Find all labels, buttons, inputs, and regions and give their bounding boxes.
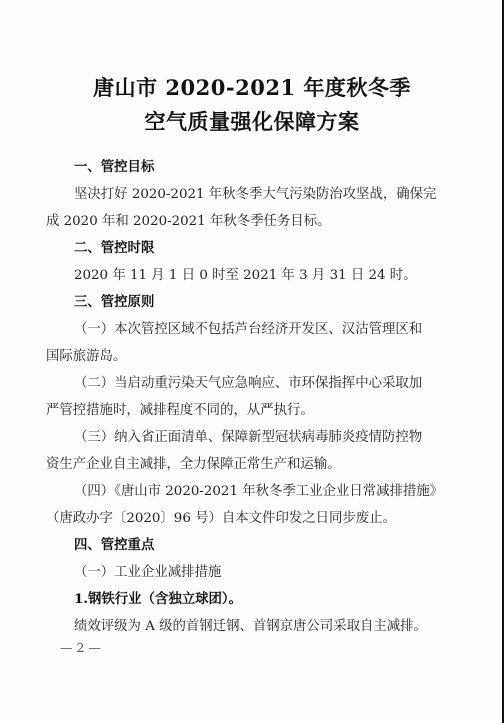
- document-title-line-2: 空气质量强化保障方案: [0, 106, 504, 136]
- paragraph-line: （一）工业企业减排措施: [74, 561, 221, 580]
- paragraph-line: 成 2020 年和 2020-2021 年秋冬季任务目标。: [46, 210, 330, 229]
- section-heading-key-points: 四、管控重点: [74, 534, 154, 553]
- subheading-steel-industry: 1.钢铁行业（含独立球团）。: [74, 588, 242, 607]
- paragraph-line: （三）纳入省正面清单、保障新型冠状病毒肺炎疫情防控物: [74, 426, 422, 445]
- paragraph-line: 国际旅游岛。: [46, 345, 126, 364]
- section-heading-period: 二、管控时限: [74, 237, 154, 256]
- paragraph-line: （一）本次管控区域不包括芦台经济开发区、汉沽管理区和: [74, 318, 422, 337]
- paragraph-line: （四）《唐山市 2020-2021 年秋冬季工业企业日常减排措施》: [74, 480, 443, 499]
- paragraph-line: 资生产企业自主减排，全力保障正常生产和运输。: [46, 453, 341, 472]
- paragraph-line: 绩效评级为 A 级的首钢迁钢、首钢京唐公司采取自主减排。: [74, 615, 427, 634]
- section-heading-principles: 三、管控原则: [74, 291, 154, 310]
- paragraph-line: 坚决打好 2020-2021 年秋冬季大气污染防治攻坚战，确保完: [74, 183, 436, 202]
- paragraph-line: （二）当启动重污染天气应急响应、市环保指挥中心采取加: [74, 372, 422, 391]
- document-title-line-1: 唐山市 2020-2021 年度秋冬季: [0, 72, 504, 102]
- page-number: — 2 —: [60, 640, 101, 655]
- section-heading-goals: 一、管控目标: [74, 156, 154, 175]
- paragraph-line: 2020 年 11 月 1 日 0 时至 2021 年 3 月 31 日 24 …: [74, 264, 417, 283]
- paragraph-line: （唐政办字〔2020〕96 号）自本文件印发之日同步废止。: [46, 507, 396, 526]
- paragraph-line: 严管控措施时，减排程度不同的，从严执行。: [46, 399, 314, 418]
